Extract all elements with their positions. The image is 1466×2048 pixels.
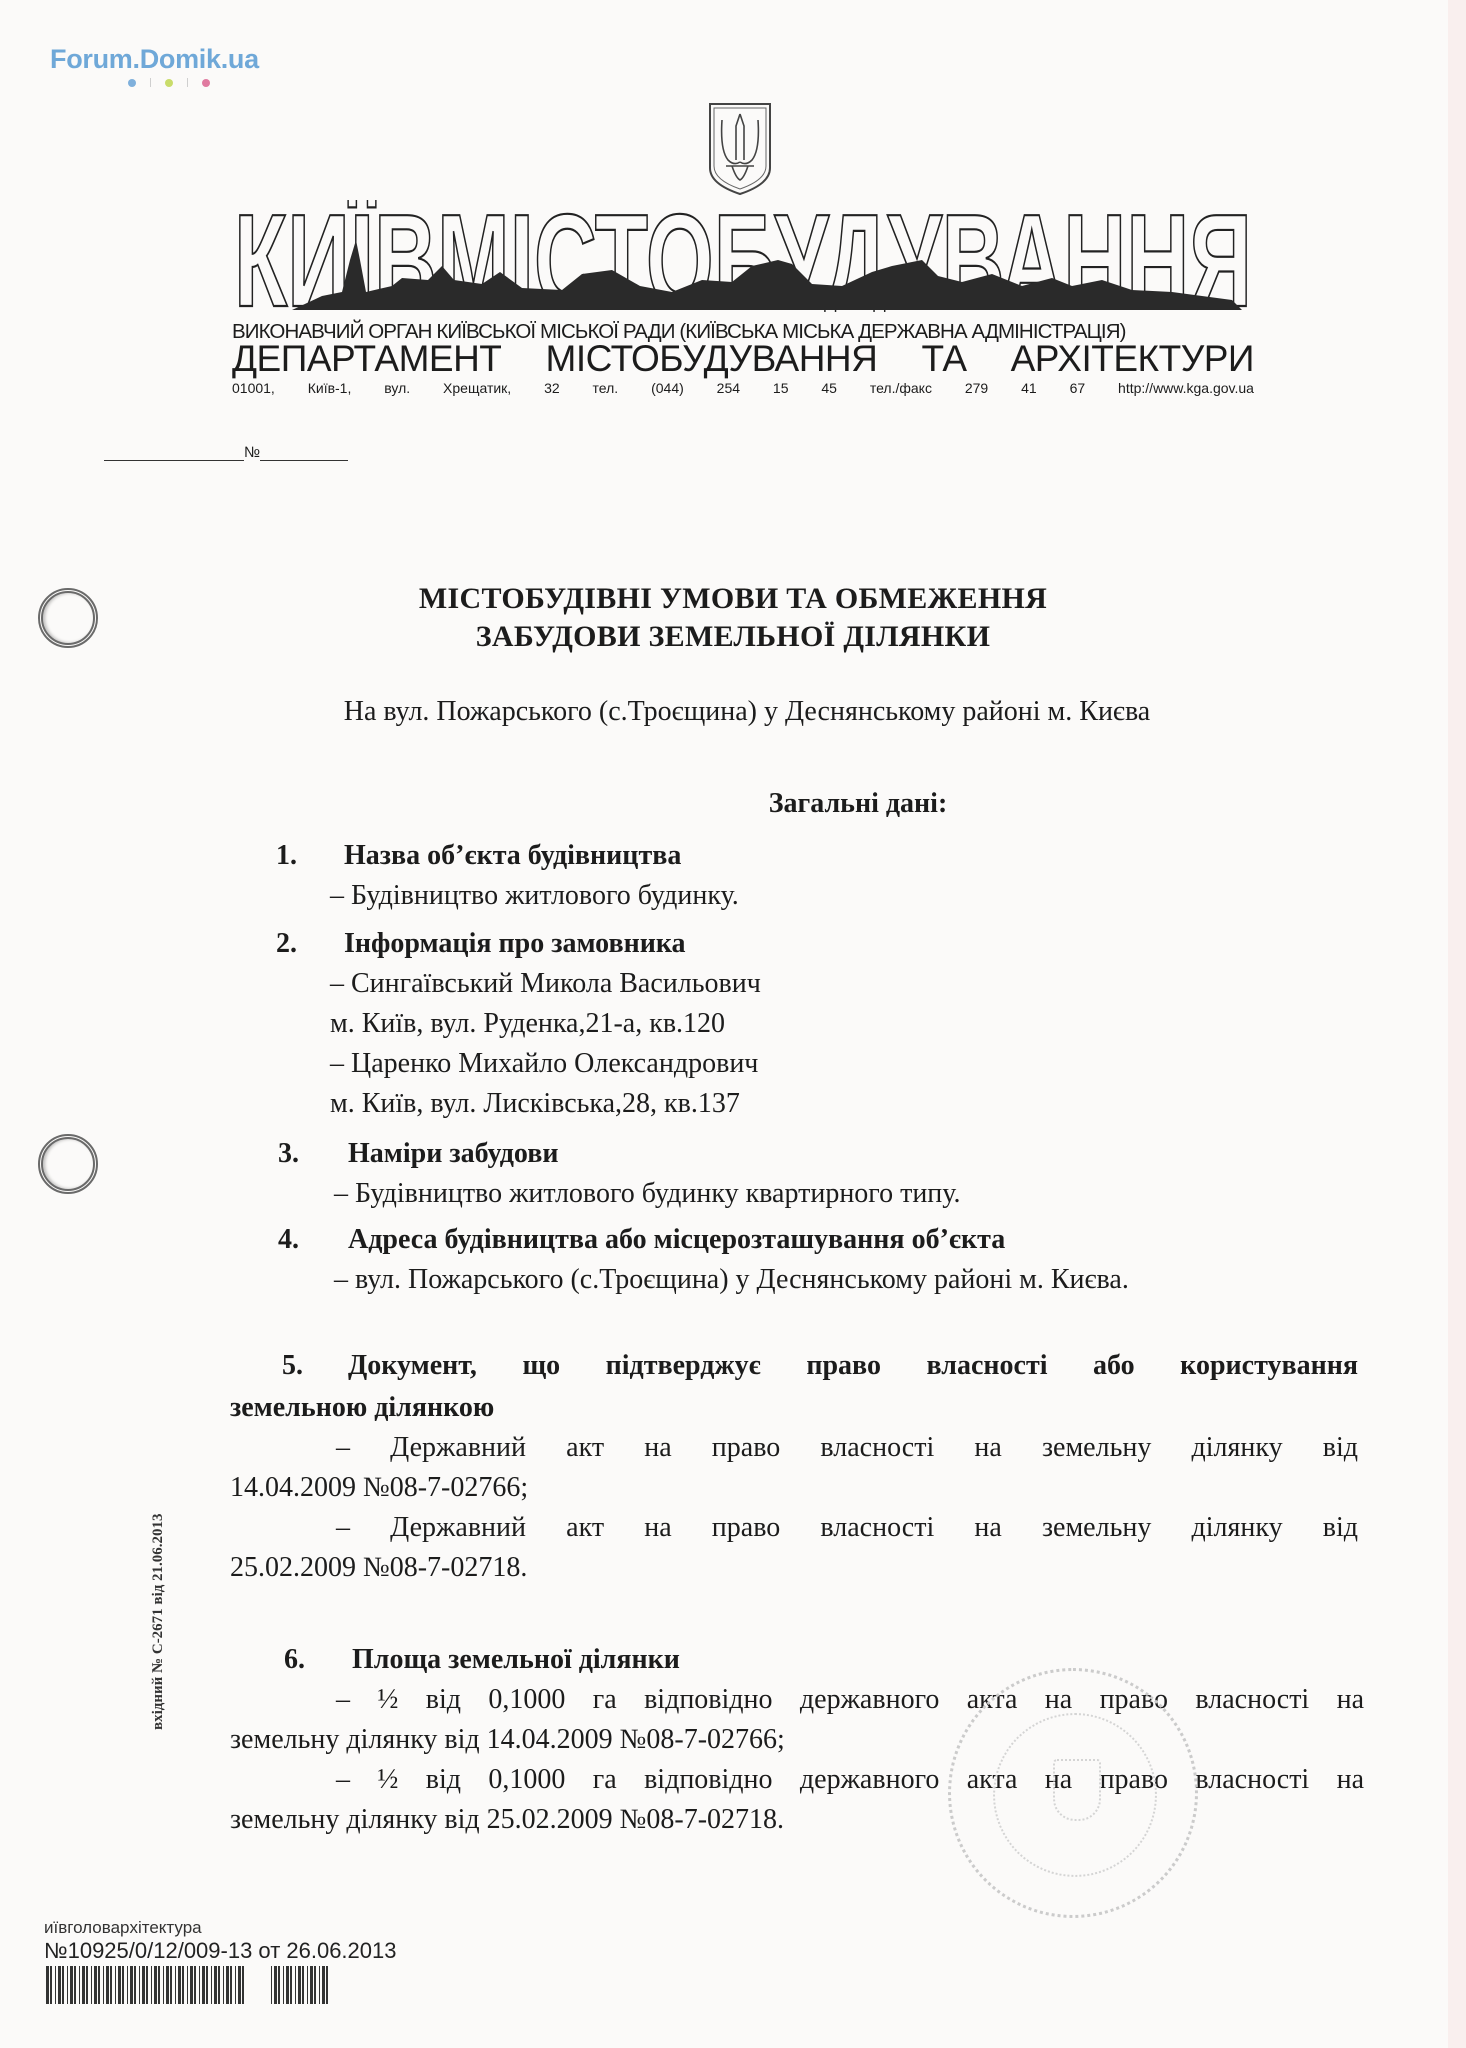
land-act-1-line2: 14.04.2009 №08-7-02766; (230, 1472, 528, 1504)
section-2-number: 2. (276, 928, 297, 960)
area-2-line1: – ½ від 0,1000 га відповідно державного … (336, 1764, 1364, 1796)
registration-org: иївголоварxітектура (44, 1918, 202, 1938)
section-5-heading: Документ, що підтверджує право власності… (348, 1350, 1358, 1382)
area-1-line2: земельну ділянку від 14.04.2009 №08-7-02… (230, 1724, 785, 1756)
date-blank (104, 459, 244, 461)
document-title: МІСТОБУДІВНІ УМОВИ ТА ОБМЕЖЕННЯ ЗАБУДОВИ… (0, 580, 1466, 656)
document-location: На вул. Пожарського (с.Троєщина) у Десня… (0, 696, 1466, 728)
watermark-dot-green (165, 79, 173, 87)
kyivmistobuduvannia-logo: КИЇВМІСТОБУДУВАННЯ (232, 200, 1254, 312)
section-6-number: 6. (284, 1644, 305, 1676)
section-6-heading: Площа земельної ділянки (352, 1644, 680, 1676)
watermark-dot-pink (202, 79, 210, 87)
incoming-registration-note: вхідний № С-2671 від 21.06.2013 (150, 1513, 167, 1730)
customer-1-address: м. Київ, вул. Руденка,21-а, кв.120 (330, 1008, 725, 1040)
department-line: ДЕПАРТАМЕНТ МІСТОБУДУВАННЯ ТА АРХІТЕКТУР… (232, 338, 1254, 380)
section-5-heading-cont: земельною ділянкою (230, 1392, 494, 1424)
section-2-heading: Інформація про замовника (344, 928, 686, 960)
section-1-number: 1. (276, 840, 297, 872)
section-4-heading: Адреса будівництва або місцерозташування… (348, 1224, 1005, 1256)
land-act-1-line1: – Державний акт на право власності на зе… (336, 1432, 1358, 1464)
number-sign: № (244, 444, 260, 461)
punch-hole (38, 1134, 98, 1194)
customer-1-name: – Сингаївський Микола Васильович (330, 968, 761, 1000)
page-edge-tint (1448, 0, 1466, 2048)
section-3-heading: Наміри забудови (348, 1138, 558, 1170)
area-1-line1: – ½ від 0,1000 га відповідно державного … (336, 1684, 1364, 1716)
official-stamp (948, 1668, 1198, 1918)
contact-line: 01001,Київ-1,вул.Хрещатик,32тел.(044)254… (232, 380, 1254, 396)
outgoing-number-field: № (104, 444, 348, 461)
watermark-dot-blue (128, 79, 136, 87)
barcode (46, 1966, 328, 2004)
stamp-coat-of-arms-icon (1053, 1759, 1101, 1821)
customer-2-name: – Царенко Михайло Олександрович (330, 1048, 758, 1080)
customer-2-address: м. Київ, вул. Лисківська,28, кв.137 (330, 1088, 740, 1120)
section-1-line: – Будівництво житлового будинку. (330, 880, 739, 912)
coat-of-arms-icon (706, 100, 774, 196)
registration-number: №10925/0/12/009-13 от 26.06.2013 (44, 1938, 396, 1964)
general-data-heading: Загальні дані: (0, 788, 1466, 820)
number-blank (260, 459, 348, 461)
section-4-number: 4. (278, 1224, 299, 1256)
land-act-2-line2: 25.02.2009 №08-7-02718. (230, 1552, 527, 1584)
watermark-dots (128, 78, 210, 87)
section-3-number: 3. (278, 1138, 299, 1170)
section-3-line: – Будівництво житлового будинку квартирн… (334, 1178, 961, 1210)
section-4-line: – вул. Пожарського (с.Троєщина) у Деснян… (334, 1264, 1129, 1296)
watermark-logo: Forum.Domik.ua (50, 44, 259, 75)
area-2-line2: земельну ділянку від 25.02.2009 №08-7-02… (230, 1804, 784, 1836)
land-act-2-line1: – Державний акт на право власності на зе… (336, 1512, 1358, 1544)
section-5-number: 5. (282, 1350, 303, 1382)
section-1-heading: Назва об’єкта будівництва (344, 840, 681, 872)
